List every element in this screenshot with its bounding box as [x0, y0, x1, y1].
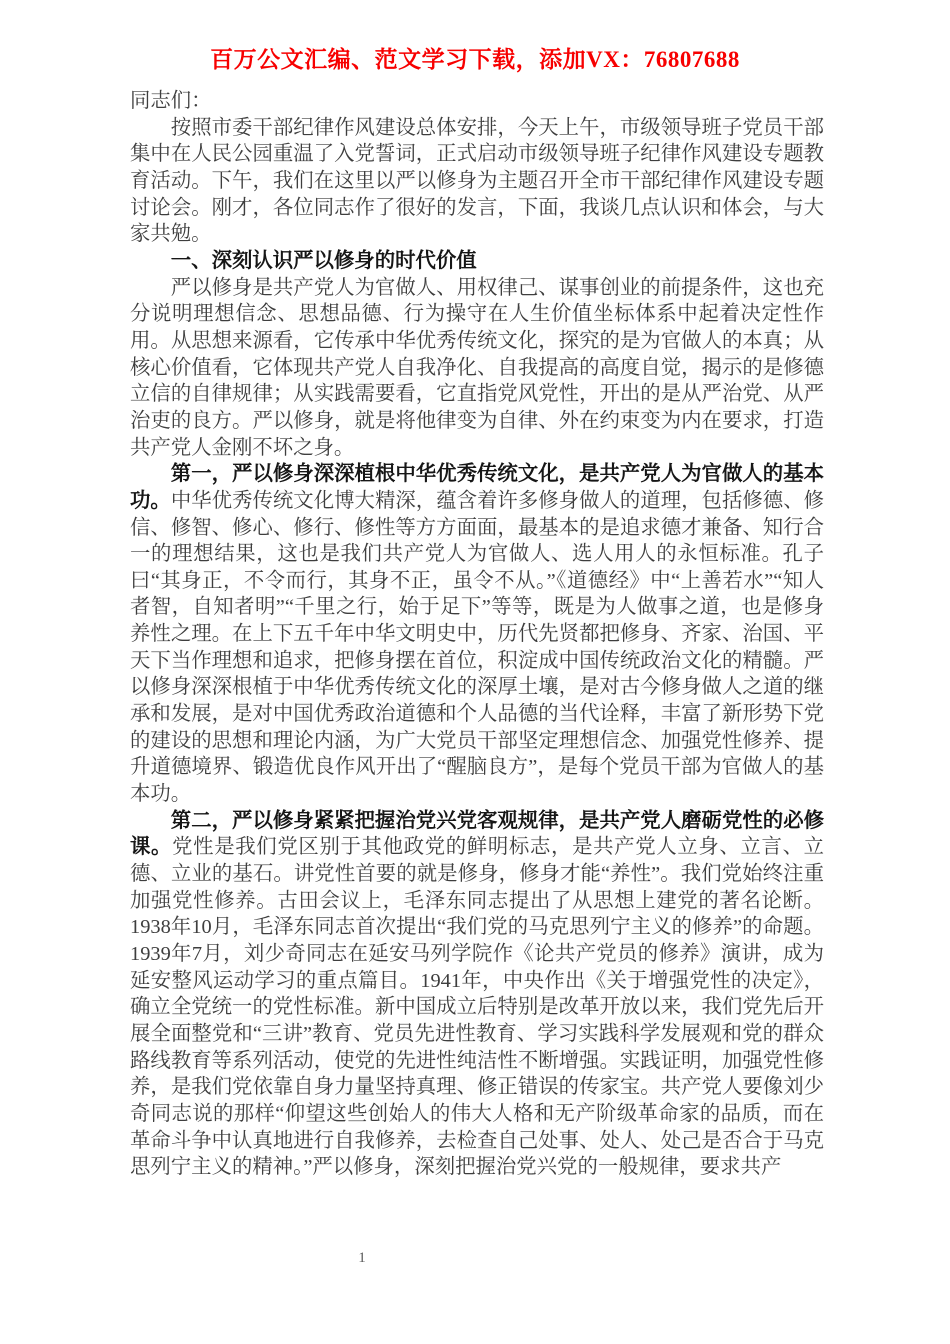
- section1-paragraph: 严以修身是共产党人为官做人、用权律己、谋事创业的前提条件，这也充分说明理想信念、…: [130, 275, 824, 462]
- section-heading-1: 一、深刻认识严以修身的时代价值: [130, 248, 824, 275]
- salutation: 同志们：: [130, 88, 824, 115]
- point2-paragraph: 第二，严以修身紧紧把握治党兴党客观规律，是共产党人磨砺党性的必修课。党性是我们党…: [130, 808, 824, 1181]
- header-ad-notice: 百万公文汇编、范文学习下载，添加VX：76807688: [0, 46, 950, 74]
- document-body: 同志们： 按照市委干部纪律作风建设总体安排，今天上午，市级领导班子党员干部集中在…: [130, 88, 824, 1181]
- point1-text: 中华优秀传统文化博大精深，蕴含着许多修身做人的道理，包括修德、修信、修智、修心、…: [130, 490, 824, 805]
- document-page: 百万公文汇编、范文学习下载，添加VX：76807688 同志们： 按照市委干部纪…: [0, 0, 950, 1344]
- intro-paragraph: 按照市委干部纪律作风建设总体安排，今天上午，市级领导班子党员干部集中在人民公园重…: [130, 115, 824, 248]
- page-number: 1: [350, 1248, 374, 1268]
- point1-paragraph: 第一，严以修身深深植根中华优秀传统文化，是共产党人为官做人的基本功。中华优秀传统…: [130, 461, 824, 808]
- point2-text: 党性是我们党区别于其他政党的鲜明标志，是共产党人立身、立言、立德、立业的基石。讲…: [130, 836, 824, 1178]
